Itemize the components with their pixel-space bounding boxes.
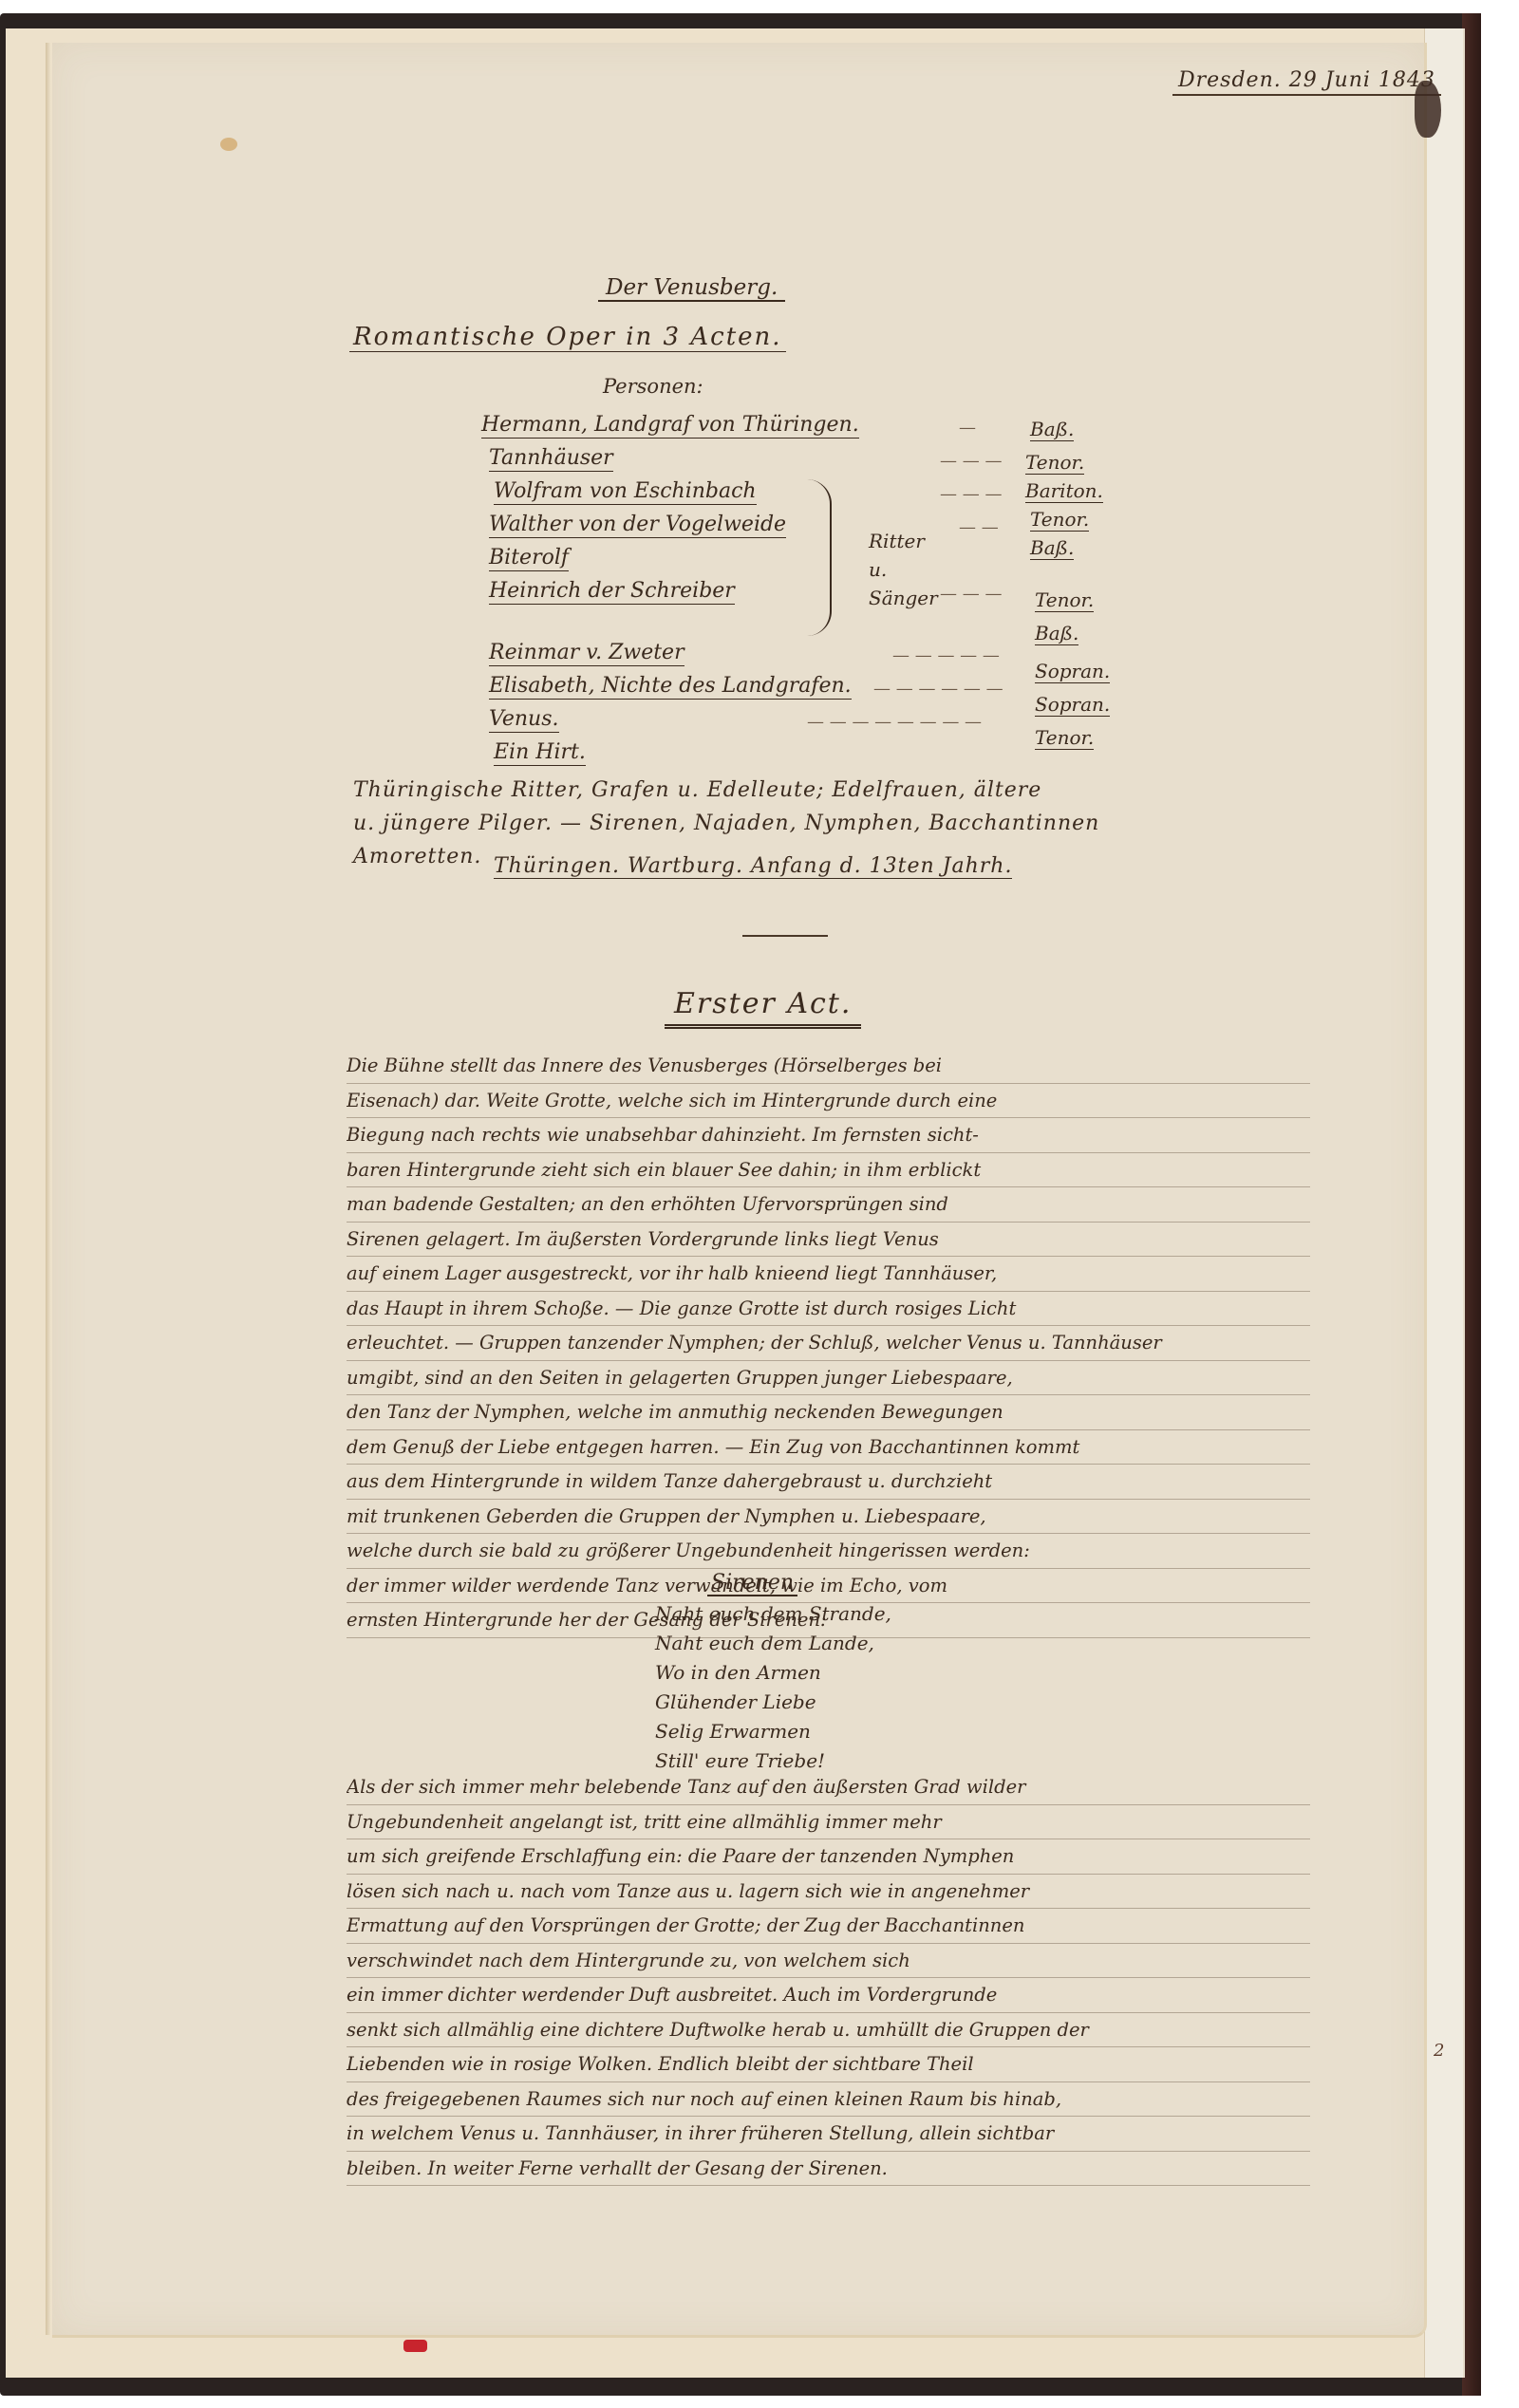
cast-role: Walther von der Vogelweide [489,513,786,538]
chorus-line: Thüringische Ritter, Grafen u. Edelleute… [353,778,1041,802]
text-line: erleuchtet. — Gruppen tanzender Nymphen;… [347,1326,1310,1361]
cast-voice: Sopran. [1035,693,1110,717]
cast-role: Reinmar v. Zweter [489,641,684,666]
verse-line: Naht euch dem Lande, [655,1629,891,1658]
text-line: in welchem Venus u. Tannhäuser, in ihrer… [347,2117,1310,2152]
cast-voice: Baß. [1035,622,1078,645]
setting-line: Thüringen. Wartburg. Anfang d. 13ten Jah… [494,854,1012,879]
page-edges [1424,28,1463,2378]
text-line: welche durch sie bald zu größerer Ungebu… [347,1534,1310,1569]
cast-role: Ein Hirt. [494,740,586,766]
persons-heading: Personen: [603,375,703,398]
cast-voice: Tenor. [1025,451,1084,475]
text-line: Als der sich immer mehr belebende Tanz a… [347,1770,1310,1805]
text-line: des freigegebenen Raumes sich nur noch a… [347,2082,1310,2118]
dash: — — — [940,451,1002,471]
text-line: senkt sich allmählig eine dichtere Duftw… [347,2013,1310,2048]
cast-role: Tannhäuser [489,446,613,472]
act-heading: Erster Act. [665,987,861,1029]
text-line: Ungebundenheit angelangt ist, tritt eine… [347,1805,1310,1840]
text-line: lösen sich nach u. nach vom Tanze aus u.… [347,1875,1310,1910]
text-line: Biegung nach rechts wie unabsehbar dahin… [347,1118,1310,1153]
text-line: Liebenden wie in rosige Wolken. Endlich … [347,2047,1310,2082]
cast-role: Wolfram von Eschinbach [494,479,757,505]
brace-group-label: Ritter u. Sänger [869,527,935,612]
text-line: Eisenach) dar. Weite Grotte, welche sich… [347,1084,1310,1119]
cast-role: Biterolf [489,546,569,571]
text-line: das Haupt in ihrem Schoße. — Die ganze G… [347,1292,1310,1327]
ink-blot [1415,81,1441,138]
text-line: umgibt, sind an den Seiten in gelagerten… [347,1361,1310,1396]
song-heading: Sirenen [707,1571,797,1596]
dash: — — — — — — [873,679,1003,699]
dash: — — — — — — — — [807,712,982,732]
verse-line: Naht euch dem Strande, [655,1599,891,1629]
cast-role: Elisabeth, Nichte des Landgrafen. [489,674,852,700]
margin-note: 2 [1434,2041,1444,2061]
date-line: Dresden. 29 Juni 1843 [1172,68,1441,96]
cast-voice: Sopran. [1035,660,1110,683]
verse-line: Glühender Liebe [655,1688,891,1717]
stage-direction-2: Als der sich immer mehr belebende Tanz a… [347,1770,1310,2186]
text-line: um sich greifende Erschlaffung ein: die … [347,1839,1310,1875]
brace [807,479,832,636]
song-verse: Naht euch dem Strande, Naht euch dem Lan… [655,1599,891,1776]
chorus-line: u. jüngere Pilger. — Sirenen, Najaden, N… [353,812,1099,835]
text-line: baren Hintergrunde zieht sich ein blauer… [347,1153,1310,1188]
spine-gutter [46,43,51,2335]
red-wax-mark [403,2340,427,2352]
text-line: auf einem Lager ausgestreckt, vor ihr ha… [347,1257,1310,1292]
verse-line: Selig Erwarmen [655,1717,891,1746]
stage-direction-1: Die Bühne stellt das Innere des Venusber… [347,1049,1310,1638]
text-line: aus dem Hintergrunde in wildem Tanze dah… [347,1465,1310,1500]
cast-voice: Bariton. [1025,479,1103,503]
dash: — — — [940,484,1002,504]
text-line: ein immer dichter werdender Duft ausbrei… [347,1978,1310,2013]
text-line: Die Bühne stellt das Innere des Venusber… [347,1049,1310,1084]
opera-subtitle: Romantische Oper in 3 Acten. [349,323,786,352]
text-line: den Tanz der Nymphen, welche im anmuthig… [347,1395,1310,1430]
cast-role: Hermann, Landgraf von Thüringen. [481,413,859,439]
opera-title: Der Venusberg. [598,275,785,302]
text-line: mit trunkenen Geberden die Gruppen der N… [347,1500,1310,1535]
cast-voice: Tenor. [1030,508,1089,532]
book-cover-edge [1462,13,1481,2396]
foxing-stain [220,138,237,151]
text-line: der immer wilder werdende Tanz verwandel… [347,1569,1310,1604]
dash: — — [959,517,999,537]
text-line: Sirenen gelagert. Im äußersten Vordergru… [347,1223,1310,1258]
cast-voice: Tenor. [1035,588,1094,612]
cast-role: Venus. [489,707,559,733]
chorus-line: Amoretten. [353,845,481,868]
dash: — — — [940,584,1002,604]
dash: — [959,418,976,438]
section-divider [742,935,828,937]
text-line: dem Genuß der Liebe entgegen harren. — E… [347,1430,1310,1465]
cast-voice: Baß. [1030,418,1074,441]
verse-line: Wo in den Armen [655,1658,891,1688]
text-line: Ermattung auf den Vorsprüngen der Grotte… [347,1909,1310,1944]
text-line: bleiben. In weiter Ferne verhallt der Ge… [347,2152,1310,2187]
cast-voice: Baß. [1030,536,1074,560]
dash: — — — — — [892,645,1000,665]
cast-role: Heinrich der Schreiber [489,579,735,605]
cast-voice: Tenor. [1035,726,1094,750]
text-line: verschwindet nach dem Hintergrunde zu, v… [347,1944,1310,1979]
text-line: man badende Gestalten; an den erhöhten U… [347,1187,1310,1223]
